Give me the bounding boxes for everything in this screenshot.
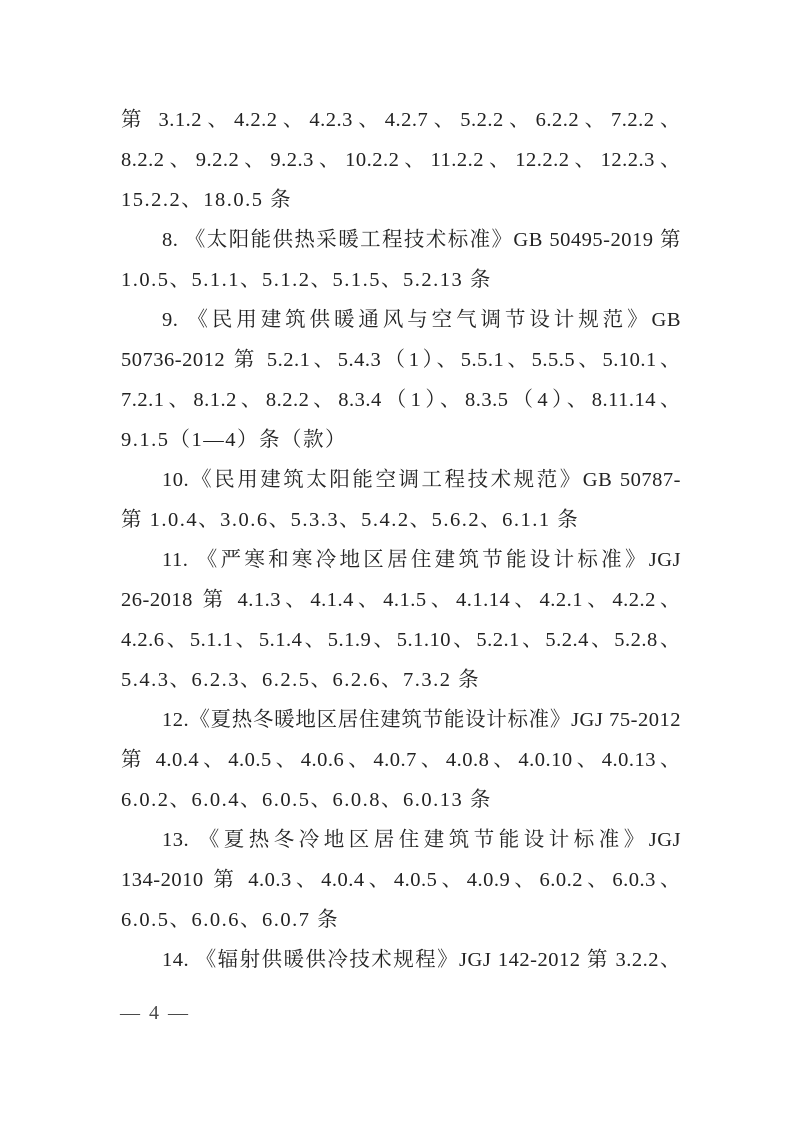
text-line: 9.1.5（1—4）条（款） [121,420,681,460]
text-line: 8. 《太阳能供热采暖工程技术标准》GB 50495-2019 第 [121,220,681,260]
paragraph: 13. 《夏热冬冷地区居住建筑节能设计标准》JGJ134-2010 第 4.0.… [121,820,681,940]
text-line: 第 3.1.2、4.2.2、4.2.3、4.2.7、5.2.2、6.2.2、7.… [121,100,681,140]
page-number: — 4 — [120,1000,190,1026]
paragraph: 第 3.1.2、4.2.2、4.2.3、4.2.7、5.2.2、6.2.2、7.… [121,100,681,220]
text-line: 第 1.0.4、3.0.6、5.3.3、5.4.2、5.6.2、6.1.1 条 [121,500,681,540]
text-line: 13. 《夏热冬冷地区居住建筑节能设计标准》JGJ [121,820,681,860]
text-line: 50736-2012 第 5.2.1、5.4.3（1）、5.5.1、5.5.5、… [121,340,681,380]
paragraph: 10.《民用建筑太阳能空调工程技术规范》GB 50787-2012第 1.0.4… [121,460,681,540]
text-line: 12.《夏热冬暖地区居住建筑节能设计标准》JGJ 75-2012 [121,700,681,740]
text-line: 134-2010 第 4.0.3、4.0.4、4.0.5、4.0.9、6.0.2… [121,860,681,900]
text-line: 7.2.1、8.1.2、8.2.2、8.3.4（1）、8.3.5（4）、8.11… [121,380,681,420]
text-line: 1.0.5、5.1.1、5.1.2、5.1.5、5.2.13 条 [121,260,681,300]
paragraph: 12.《夏热冬暖地区居住建筑节能设计标准》JGJ 75-2012第 4.0.4、… [121,700,681,820]
text-line: 第 4.0.4、4.0.5、4.0.6、4.0.7、4.0.8、4.0.10、4… [121,740,681,780]
text-line: 14. 《辐射供暖供冷技术规程》JGJ 142-2012 第 3.2.2、 [121,940,681,980]
text-line: 5.4.3、6.2.3、6.2.5、6.2.6、7.3.2 条 [121,660,681,700]
paragraph: 14. 《辐射供暖供冷技术规程》JGJ 142-2012 第 3.2.2、 [121,940,681,980]
paragraph: 9. 《民用建筑供暖通风与空气调节设计规范》GB50736-2012 第 5.2… [121,300,681,460]
document-body: 第 3.1.2、4.2.2、4.2.3、4.2.7、5.2.2、6.2.2、7.… [121,100,681,980]
text-line: 4.2.6、5.1.1、5.1.4、5.1.9、5.1.10、5.2.1、5.2… [121,620,681,660]
text-line: 26-2018 第 4.1.3、4.1.4、4.1.5、4.1.14、4.2.1… [121,580,681,620]
document-page: 第 3.1.2、4.2.2、4.2.3、4.2.7、5.2.2、6.2.2、7.… [0,0,800,1131]
text-line: 6.0.5、6.0.6、6.0.7 条 [121,900,681,940]
text-line: 6.0.2、6.0.4、6.0.5、6.0.8、6.0.13 条 [121,780,681,820]
text-line: 15.2.2、18.0.5 条 [121,180,681,220]
paragraph: 8. 《太阳能供热采暖工程技术标准》GB 50495-2019 第1.0.5、5… [121,220,681,300]
text-line: 9. 《民用建筑供暖通风与空气调节设计规范》GB [121,300,681,340]
text-line: 10.《民用建筑太阳能空调工程技术规范》GB 50787-2012 [121,460,681,500]
text-line: 11. 《严寒和寒冷地区居住建筑节能设计标准》JGJ [121,540,681,580]
paragraph: 11. 《严寒和寒冷地区居住建筑节能设计标准》JGJ26-2018 第 4.1.… [121,540,681,700]
text-line: 8.2.2、9.2.2、9.2.3、10.2.2、11.2.2、12.2.2、1… [121,140,681,180]
